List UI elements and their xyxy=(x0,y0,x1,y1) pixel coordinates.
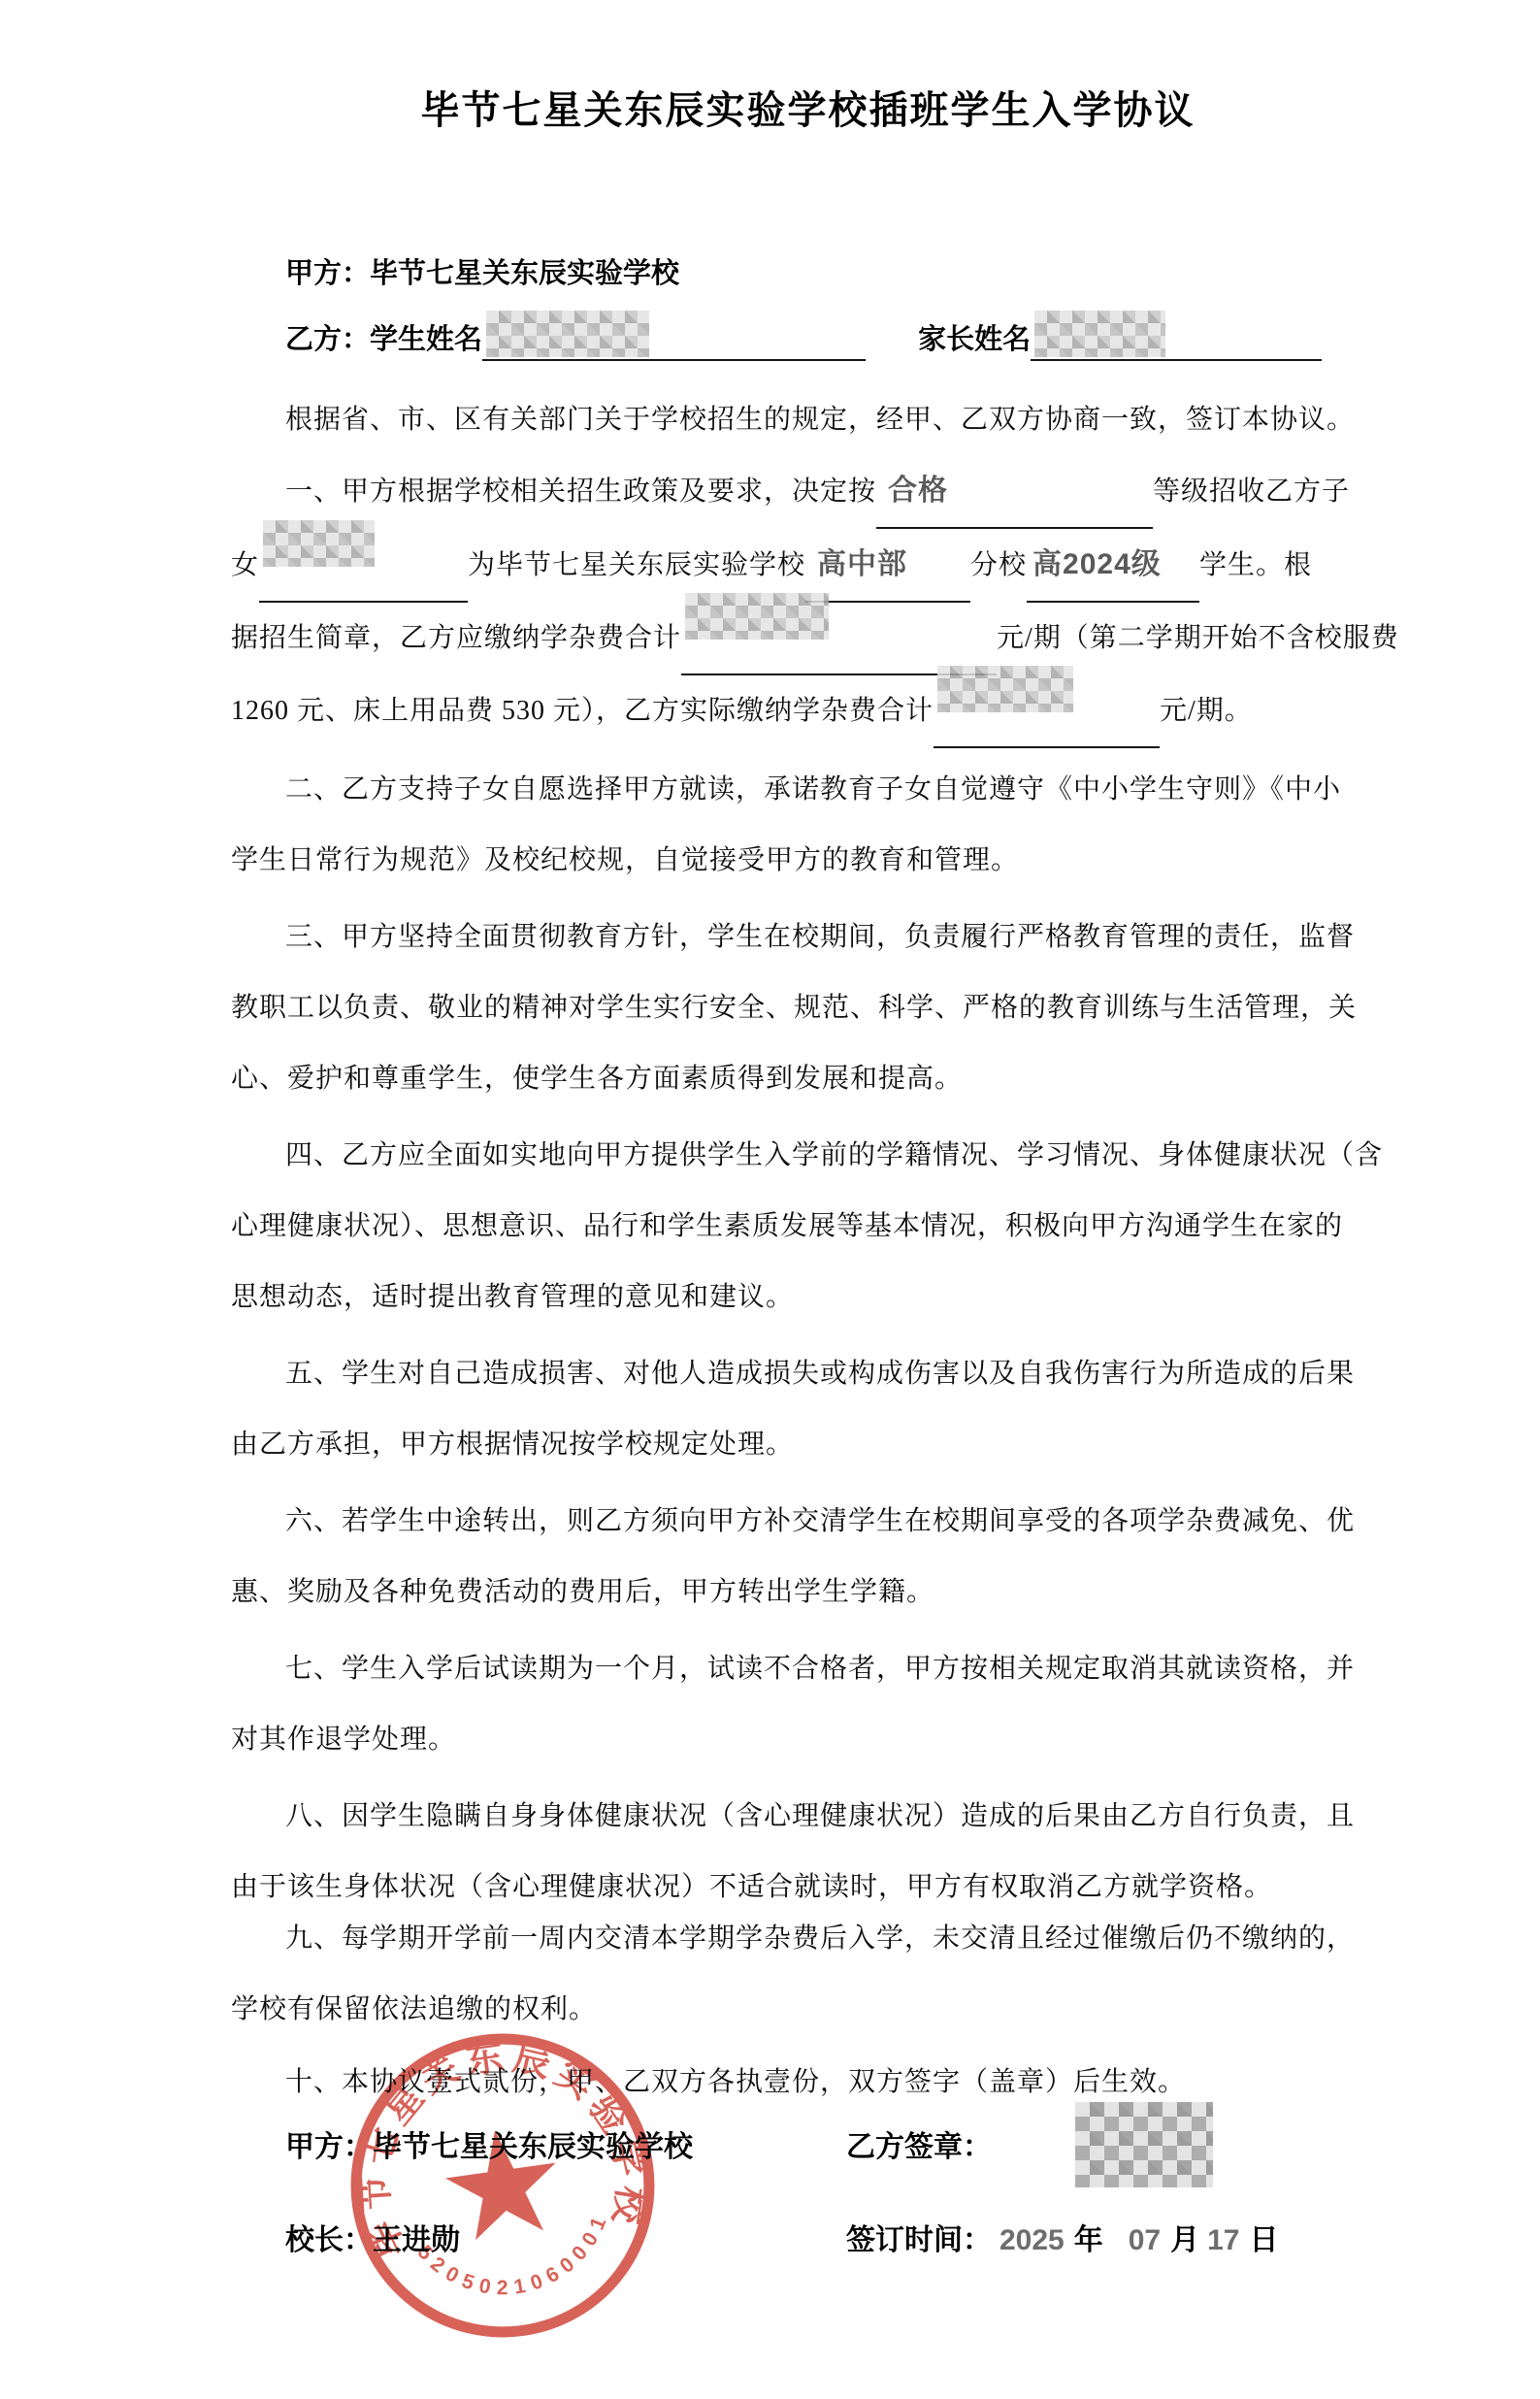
clause-line: 对其作退学处理。 xyxy=(231,1704,1385,1775)
student-name-redaction xyxy=(486,311,649,357)
sign-date: 签订时间：2025年07月17日 xyxy=(846,2220,1279,2261)
fee-paid-blank xyxy=(934,675,1160,748)
sign-time-label: 签订时间： xyxy=(846,2224,992,2256)
clause-6: 六、若学生中途转出，则乙方须向甲方补交清学生在校期间享受的各项学杂费减免、优 惠… xyxy=(231,1486,1385,1627)
clause-line: 六、若学生中途转出，则乙方须向甲方补交清学生在校期间享受的各项学杂费减免、优 xyxy=(231,1486,1385,1557)
document-title: 毕节七星关东辰实验学校插班学生入学协议 xyxy=(231,85,1385,136)
party-b-seal-label: 乙方签章： xyxy=(846,2127,992,2168)
clause-line: 心理健康状况）、思想意识、品行和学生素质发展等基本情况，积极向甲方沟通学生在家的 xyxy=(231,1191,1385,1262)
grade-value: 合格 xyxy=(876,475,948,507)
clause-line: 一、甲方根据学校相关招生政策及要求，决定按合格等级招收乙方子 xyxy=(231,455,1385,529)
clause-5: 五、学生对自己造成损害、对他人造成损失或构成伤害以及自我伤害行为所造成的后果 由… xyxy=(231,1338,1385,1480)
clause-line: 惠、奖励及各种免费活动的费用后，甲方转出学生学籍。 xyxy=(231,1557,1385,1627)
division-blank: 高中部 xyxy=(805,529,970,603)
party-b-seal-redaction xyxy=(1075,2102,1213,2187)
clause-1-text: 一、甲方根据学校相关招生政策及要求，决定按 xyxy=(285,477,876,507)
clause-7: 七、学生入学后试读期为一个月，试读不合格者，甲方按相关规定取消其就读资格，并 对… xyxy=(231,1633,1385,1775)
class-blank: 高2024级 xyxy=(1027,529,1199,603)
sign-month: 07 xyxy=(1129,2224,1161,2256)
parent-name-label: 家长姓名 xyxy=(918,324,1031,355)
parent-name-redaction xyxy=(1034,311,1165,357)
clause-line: 教职工以负责、敬业的精神对学生实行安全、规范、科学、严格的教育训练与生活管理，关 xyxy=(231,972,1385,1043)
student-name-label: 乙方：学生姓名 xyxy=(285,324,482,355)
month-unit: 月 xyxy=(1170,2224,1199,2256)
clause-line: 思想动态，适时提出教育管理的意见和建议。 xyxy=(231,1262,1385,1332)
party-a-signature: 甲方：毕节七星关东辰实验学校 xyxy=(231,2127,693,2168)
intro-paragraph: 根据省、市、区有关部门关于学校招生的规定，经甲、乙双方协商一致，签订本协议。 xyxy=(231,384,1385,455)
sign-day: 17 xyxy=(1207,2224,1239,2256)
clause-4: 四、乙方应全面如实地向甲方提供学生入学前的学籍情况、学习情况、身体健康状况（含 … xyxy=(231,1120,1385,1332)
clause-line: 学生日常行为规范》及校纪校规，自觉接受甲方的教育和管理。 xyxy=(231,825,1385,896)
clause-1-text: 据招生简章，乙方应缴纳学杂费合计 xyxy=(231,623,681,653)
clause-8: 八、因学生隐瞒自身身体健康状况（含心理健康状况）造成的后果由乙方自行负责，且 由… xyxy=(231,1781,1385,1922)
clause-line: 由乙方承担，甲方根据情况按学校规定处理。 xyxy=(231,1409,1385,1480)
clause-1-text: 等级招收乙方子 xyxy=(1153,477,1350,507)
principal-signature: 校长：王进勋 xyxy=(231,2220,460,2261)
day-unit: 日 xyxy=(1250,2224,1279,2256)
fee-paid-redaction xyxy=(937,666,1073,712)
child-name-blank xyxy=(259,530,468,603)
party-b-line: 乙方：学生姓名 家长姓名 xyxy=(231,320,1385,361)
document-content: 毕节七星关东辰实验学校插班学生入学协议 甲方：毕节七星关东辰实验学校 乙方：学生… xyxy=(0,0,1540,2118)
parent-name-blank xyxy=(1031,320,1322,361)
grade-blank: 合格 xyxy=(876,455,1153,529)
clause-1: 一、甲方根据学校相关招生政策及要求，决定按合格等级招收乙方子 女 为毕节七星关东… xyxy=(231,455,1385,748)
signature-row-1: 甲方：毕节七星关东辰实验学校 乙方签章： xyxy=(231,2127,1386,2168)
clause-line: 八、因学生隐瞒自身身体健康状况（含心理健康状况）造成的后果由乙方自行负责，且 xyxy=(231,1781,1385,1852)
clause-1-text: 为毕节七星关东辰实验学校 xyxy=(468,550,805,580)
clause-line: 四、乙方应全面如实地向甲方提供学生入学前的学籍情况、学习情况、身体健康状况（含 xyxy=(231,1120,1385,1191)
clause-line: 九、每学期开学前一周内交清本学期学杂费后入学，未交清且经过催缴后仍不缴纳的， xyxy=(231,1903,1385,1974)
fee-due-redaction xyxy=(685,593,829,640)
clause-1-text: 1260 元、床上用品费 530 元），乙方实际缴纳学杂费合计 xyxy=(231,696,934,726)
clause-1-text: 分校 xyxy=(970,550,1027,580)
clause-line: 据招生简章，乙方应缴纳学杂费合计 元/期（第二学期开始不含校服费 xyxy=(231,603,1385,675)
sign-year: 2025 xyxy=(999,2224,1065,2256)
clause-3: 三、甲方坚持全面贯彻教育方针，学生在校期间，负责履行严格教育管理的责任，监督 教… xyxy=(231,902,1385,1114)
clause-1-text: 学生。根 xyxy=(1199,550,1312,580)
clause-line: 女 为毕节七星关东辰实验学校高中部分校高2024级学生。根 xyxy=(231,529,1385,603)
clause-line: 三、甲方坚持全面贯彻教育方针，学生在校期间，负责履行严格教育管理的责任，监督 xyxy=(231,902,1385,972)
class-value: 高2024级 xyxy=(1027,548,1162,580)
clause-1-text: 元/期（第二学期开始不含校服费 xyxy=(997,623,1399,653)
fee-due-blank xyxy=(681,603,997,675)
clause-line: 学校有保留依法追缴的权利。 xyxy=(231,1974,1385,2045)
party-a-line: 甲方：毕节七星关东辰实验学校 xyxy=(231,256,1385,291)
agreement-document-page: 毕节七星关东辰实验学校插班学生入学协议 甲方：毕节七星关东辰实验学校 乙方：学生… xyxy=(0,0,1540,2399)
clause-line: 七、学生入学后试读期为一个月，试读不合格者，甲方按相关规定取消其就读资格，并 xyxy=(231,1633,1385,1704)
clause-line: 1260 元、床上用品费 530 元），乙方实际缴纳学杂费合计 元/期。 xyxy=(231,675,1385,748)
clause-2: 二、乙方支持子女自愿选择甲方就读，承诺教育子女自觉遵守《中小学生守则》《中小 学… xyxy=(231,754,1385,896)
student-name-blank xyxy=(482,320,866,361)
signature-row-2: 校长：王进勋 签订时间：2025年07月17日 xyxy=(231,2220,1386,2261)
child-name-redaction xyxy=(263,520,375,567)
clause-1-text: 女 xyxy=(231,550,259,580)
clause-line: 二、乙方支持子女自愿选择甲方就读，承诺教育子女自觉遵守《中小学生守则》《中小 xyxy=(231,754,1385,825)
clause-1-text: 元/期。 xyxy=(1160,696,1253,726)
clause-line: 五、学生对自己造成损害、对他人造成损失或构成伤害以及自我伤害行为所造成的后果 xyxy=(231,1338,1385,1409)
clause-line: 心、爱护和尊重学生，使学生各方面素质得到发展和提高。 xyxy=(231,1043,1385,1114)
division-value: 高中部 xyxy=(805,548,907,580)
clause-9: 九、每学期开学前一周内交清本学期学杂费后入学，未交清且经过催缴后仍不缴纳的， 学… xyxy=(231,1903,1385,2045)
year-unit: 年 xyxy=(1074,2224,1103,2256)
